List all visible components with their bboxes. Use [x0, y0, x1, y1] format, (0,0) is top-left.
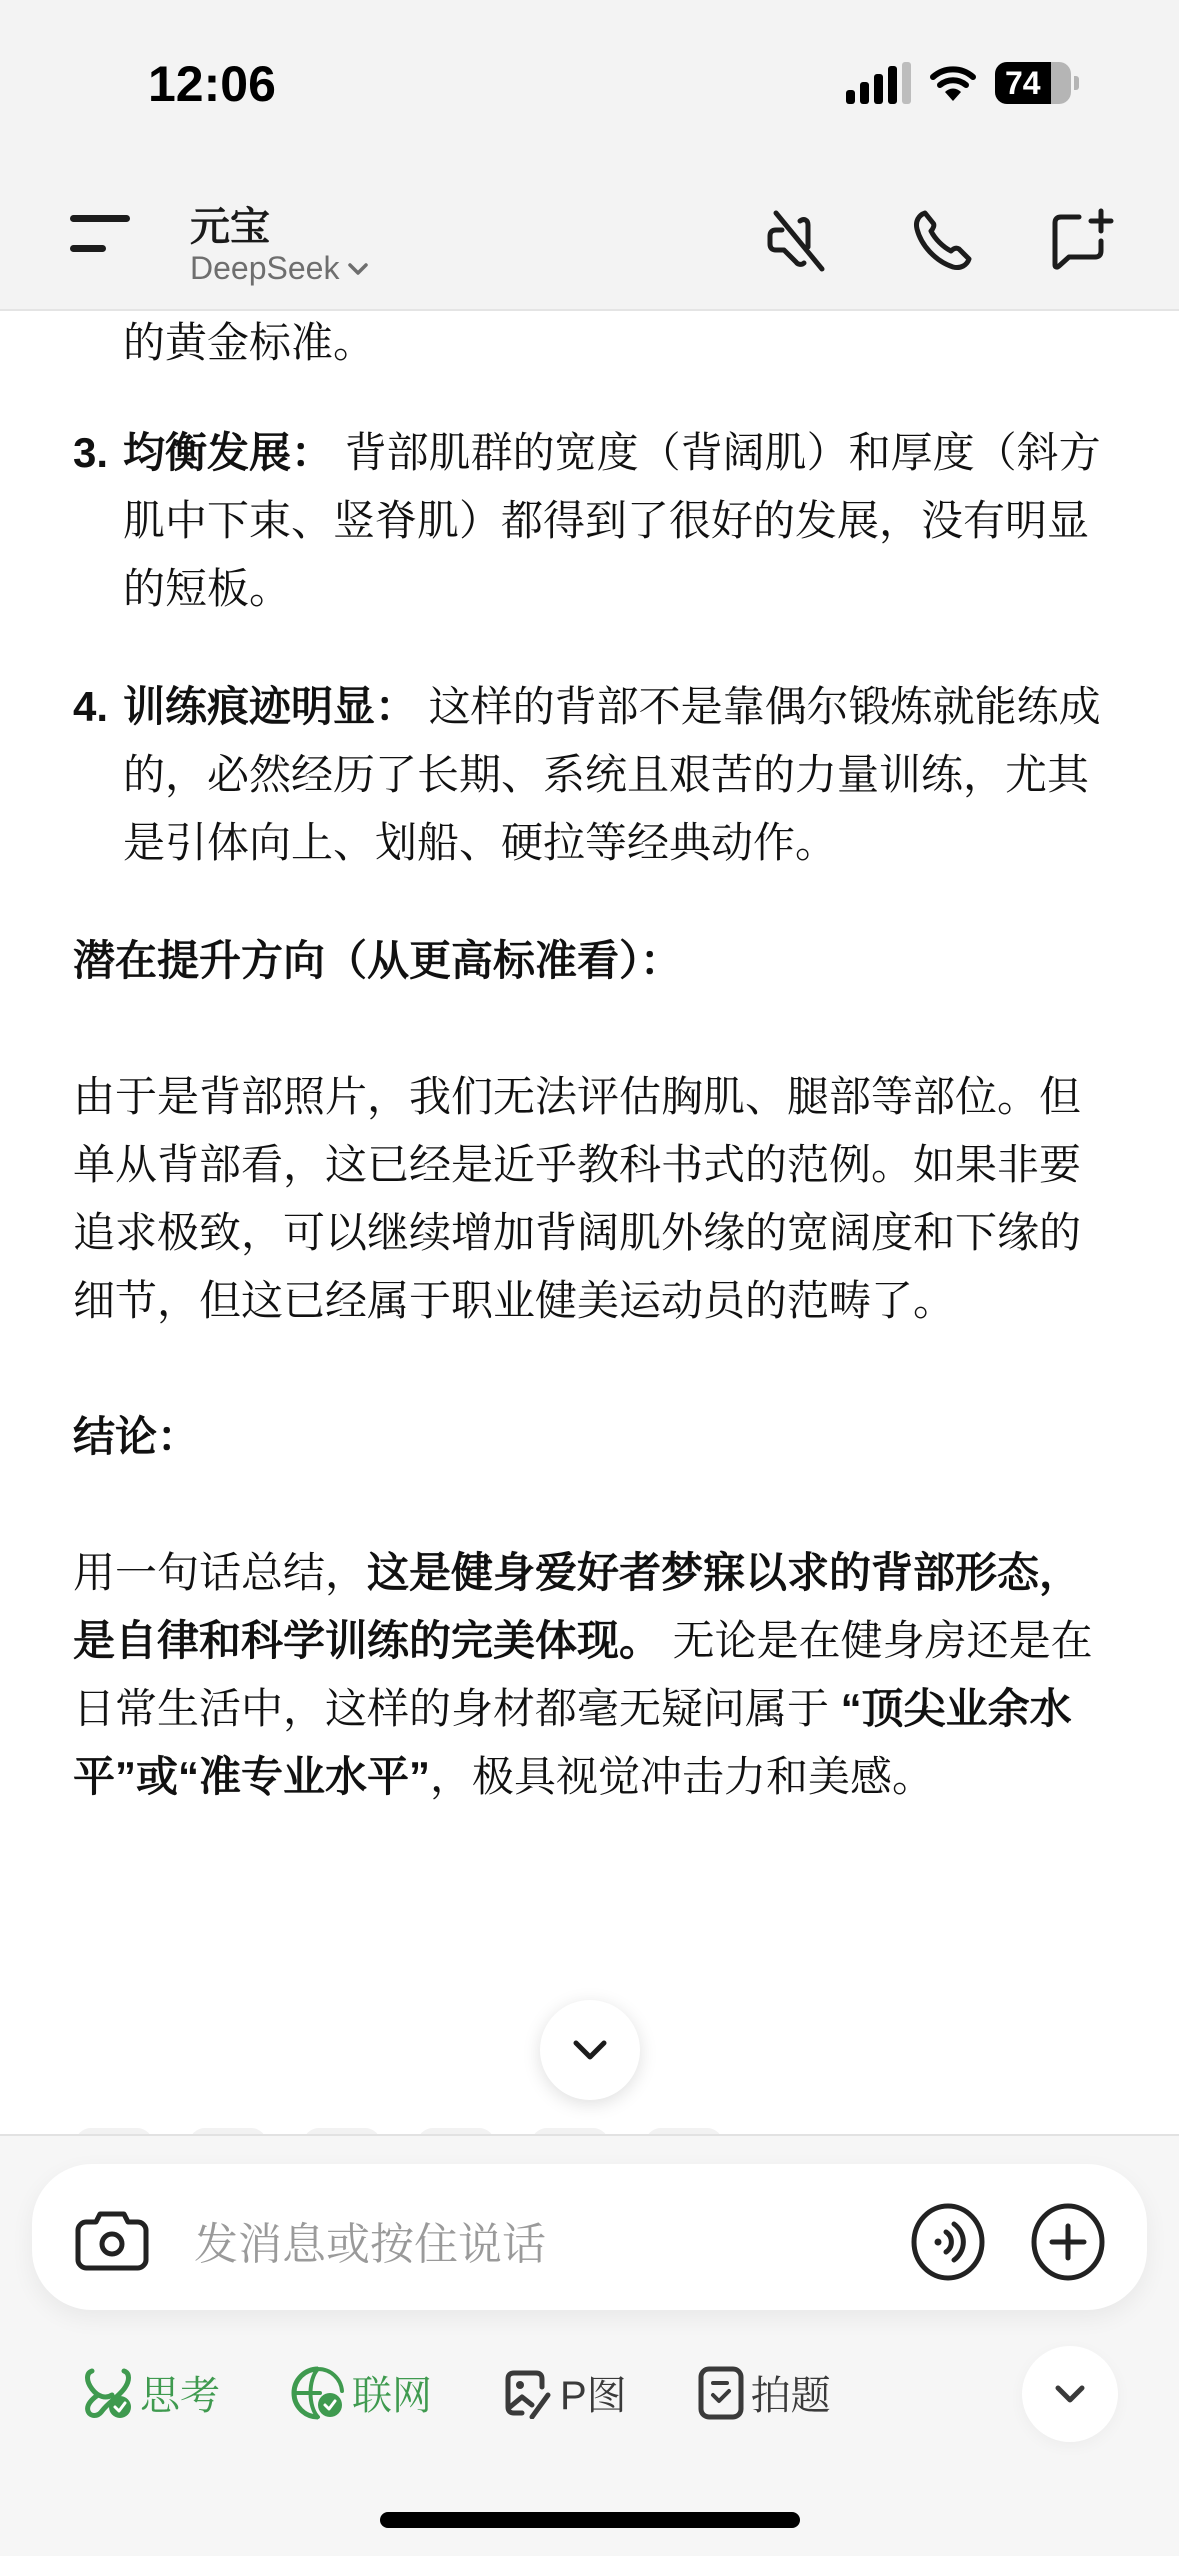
cellular-signal-icon: [846, 62, 911, 104]
photo-question-icon: [697, 2365, 745, 2421]
section-body-potential: 由于是背部照片，我们无法评估胸肌、腿部等部位。但单从背部看，这已经是近乎教科书式…: [73, 1063, 1113, 1335]
tool-image-edit[interactable]: P图: [502, 2364, 627, 2421]
mute-button[interactable]: [755, 200, 835, 280]
conclusion-prefix: 用一句话总结，: [73, 1549, 367, 1596]
attach-button[interactable]: [1028, 2202, 1108, 2287]
list-item-title: 均衡发展：: [123, 429, 333, 476]
new-chat-icon: [1045, 205, 1115, 275]
list-number: 4.: [73, 673, 108, 741]
model-selector[interactable]: DeepSeek: [190, 250, 369, 287]
new-chat-button[interactable]: [1040, 200, 1120, 280]
section-heading-potential: 潜在提升方向（从更高标准看）：: [73, 927, 1113, 995]
message-input[interactable]: 发消息或按住说话: [32, 2164, 1147, 2310]
tool-label: 拍题: [751, 2364, 831, 2421]
menu-icon: [70, 215, 130, 222]
status-indicators: 74: [846, 62, 1079, 104]
model-name: DeepSeek: [190, 250, 339, 287]
home-indicator[interactable]: [380, 2512, 800, 2528]
message-placeholder: 发消息或按住说话: [194, 2208, 546, 2272]
menu-button[interactable]: [70, 215, 132, 255]
tool-label: 联网: [352, 2364, 432, 2421]
tool-photo-question[interactable]: 拍题: [697, 2364, 831, 2421]
battery-icon: 74: [995, 62, 1071, 104]
phone-icon: [907, 205, 977, 275]
list-item-title: 训练痕迹明显：: [123, 683, 417, 730]
section-heading-conclusion: 结论：: [73, 1403, 1113, 1471]
top-bar: 12:06 74 元宝 DeepSeek: [0, 0, 1179, 311]
chat-title: 元宝: [190, 195, 270, 252]
more-tools-button[interactable]: [1022, 2346, 1118, 2442]
speaker-muted-icon: [760, 205, 830, 275]
tool-label: 思考: [140, 2364, 220, 2421]
camera-button[interactable]: [74, 2206, 150, 2277]
section-body-conclusion: 用一句话总结，这是健身爱好者梦寐以求的背部形态，是自律和科学训练的完美体现。 无…: [73, 1539, 1113, 1811]
status-time: 12:06: [148, 55, 276, 113]
voice-input-button[interactable]: [908, 2202, 988, 2287]
chevron-down-icon: [347, 261, 369, 277]
assistant-message: 的黄金标准。 3. 均衡发展： 背部肌群的宽度（背阔肌）和厚度（斜方肌中下束、竖…: [73, 311, 1113, 1811]
image-edit-icon: [502, 2367, 554, 2419]
voice-call-icon: [908, 2202, 988, 2282]
composer-area: 发消息或按住说话 思考: [0, 2134, 1179, 2556]
camera-icon: [74, 2206, 150, 2272]
tool-label: P图: [560, 2364, 627, 2421]
chevron-down-icon: [570, 2037, 610, 2063]
scroll-to-bottom-button[interactable]: [540, 2000, 640, 2100]
tool-web-search[interactable]: 联网: [290, 2364, 432, 2421]
plus-icon: [1028, 2202, 1108, 2282]
wifi-icon: [929, 63, 977, 103]
list-item: 3. 均衡发展： 背部肌群的宽度（背阔肌）和厚度（斜方肌中下束、竖脊肌）都得到了…: [73, 419, 1113, 623]
voice-call-button[interactable]: [902, 200, 982, 280]
chevron-down-icon: [1052, 2382, 1088, 2406]
conclusion-suffix: ，极具视觉冲击力和美感。: [430, 1753, 934, 1800]
feature-toolbar: 思考 联网 P图 拍题: [82, 2364, 901, 2421]
list-number: 3.: [73, 419, 108, 487]
tool-deep-think[interactable]: 思考: [82, 2364, 220, 2421]
battery-percent: 74: [995, 65, 1071, 102]
list-item: 4. 训练痕迹明显： 这样的背部不是靠偶尔锻炼就能练成的，必然经历了长期、系统且…: [73, 673, 1113, 877]
web-search-icon: [290, 2365, 346, 2421]
deep-think-icon: [82, 2367, 134, 2419]
message-continuation: 的黄金标准。: [73, 309, 1113, 377]
